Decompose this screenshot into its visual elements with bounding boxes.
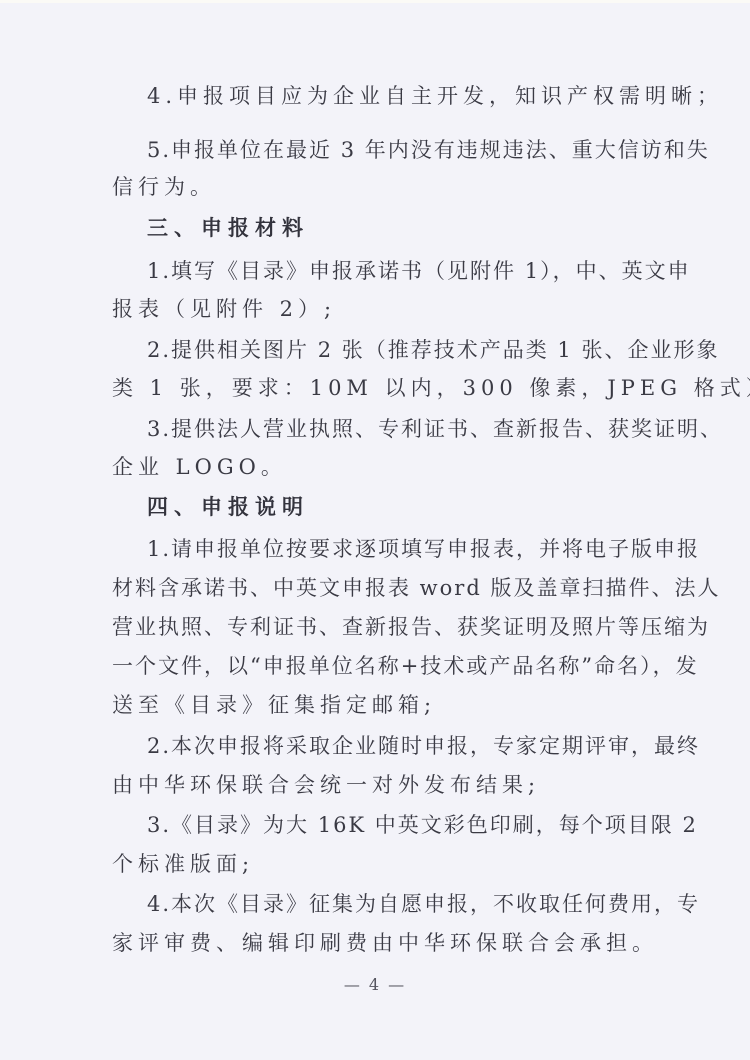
materials-1-line-2: 报表（见附件 2）; — [112, 291, 637, 327]
page-number: — 4 — — [0, 975, 750, 994]
materials-2-line-2: 类 1 张，要求：10M 以内，300 像素，JPEG 格式）; — [112, 370, 637, 406]
page-top-edge — [0, 0, 750, 3]
materials-1-line-1: 1.填写《目录》申报承诺书（见附件 1），中、英文申 — [147, 253, 637, 289]
instructions-1-line-2: 材料含承诺书、中英文申报表 word 版及盖章扫描件、法人 — [112, 570, 637, 606]
instructions-3-line-2: 个标准版面; — [112, 846, 637, 882]
document-page: 4.申报项目应为企业自主开发，知识产权需明晰； 5.申报单位在最近 3 年内没有… — [0, 0, 750, 1060]
instructions-2-line-1: 2.本次申报将采取企业随时申报，专家定期评审，最终 — [147, 728, 637, 764]
instructions-4-line-2: 家评审费、编辑印刷费由中华环保联合会承担。 — [112, 925, 637, 961]
requirement-5-line-2: 信行为。 — [112, 169, 637, 205]
materials-3-line-1: 3.提供法人营业执照、专利证书、查新报告、获奖证明、 — [147, 411, 637, 447]
instructions-1-line-3: 营业执照、专利证书、查新报告、获奖证明及照片等压缩为 — [112, 609, 637, 645]
section-heading-materials: 三、申报材料 — [147, 210, 637, 246]
requirement-4-line: 4.申报项目应为企业自主开发，知识产权需明晰； — [147, 78, 637, 114]
instructions-4-line-1: 4.本次《目录》征集为自愿申报，不收取任何费用，专 — [147, 886, 637, 922]
instructions-1-line-1: 1.请申报单位按要求逐项填写申报表，并将电子版申报 — [147, 531, 637, 567]
materials-3-line-2: 企业 LOGO。 — [112, 449, 637, 485]
requirement-5-line-1: 5.申报单位在最近 3 年内没有违规违法、重大信访和失 — [147, 132, 637, 168]
section-heading-instructions: 四、申报说明 — [147, 489, 637, 525]
instructions-1-line-4: 一个文件，以“申报单位名称+技术或产品名称”命名），发 — [112, 648, 637, 684]
materials-2-line-1: 2.提供相关图片 2 张（推荐技术产品类 1 张、企业形象 — [147, 332, 637, 368]
instructions-3-line-1: 3.《目录》为大 16K 中英文彩色印刷，每个项目限 2 — [147, 807, 637, 843]
instructions-1-line-5: 送至《目录》征集指定邮箱; — [112, 687, 637, 723]
instructions-2-line-2: 由中华环保联合会统一对外发布结果; — [112, 767, 637, 803]
